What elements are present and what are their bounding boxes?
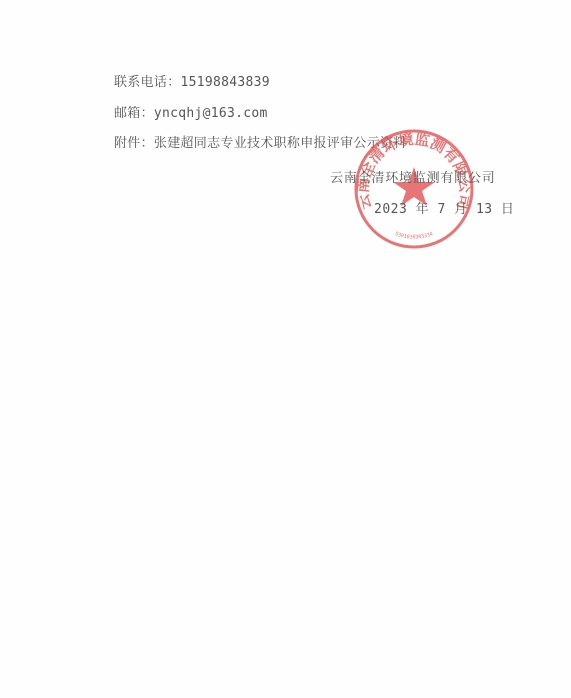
company-seal-icon: 云南全清环境监测有限公司 5301030303334 [352, 127, 476, 251]
phone-label: 联系电话： [114, 75, 181, 90]
signature-date: 2023 年 7 月 13 日 [374, 202, 514, 218]
attachment-label: 附件： [114, 136, 154, 151]
phone-line: 联系电话：15198843839 [114, 75, 270, 91]
email-value: yncqhj@163.com [154, 106, 268, 121]
svg-text:5301030303334: 5301030303334 [394, 231, 434, 241]
email-line: 邮箱：yncqhj@163.com [114, 106, 268, 122]
phone-value: 15198843839 [181, 75, 270, 90]
email-label: 邮箱： [114, 106, 154, 121]
company-name: 云南全清环境监测有限公司 [330, 171, 496, 187]
